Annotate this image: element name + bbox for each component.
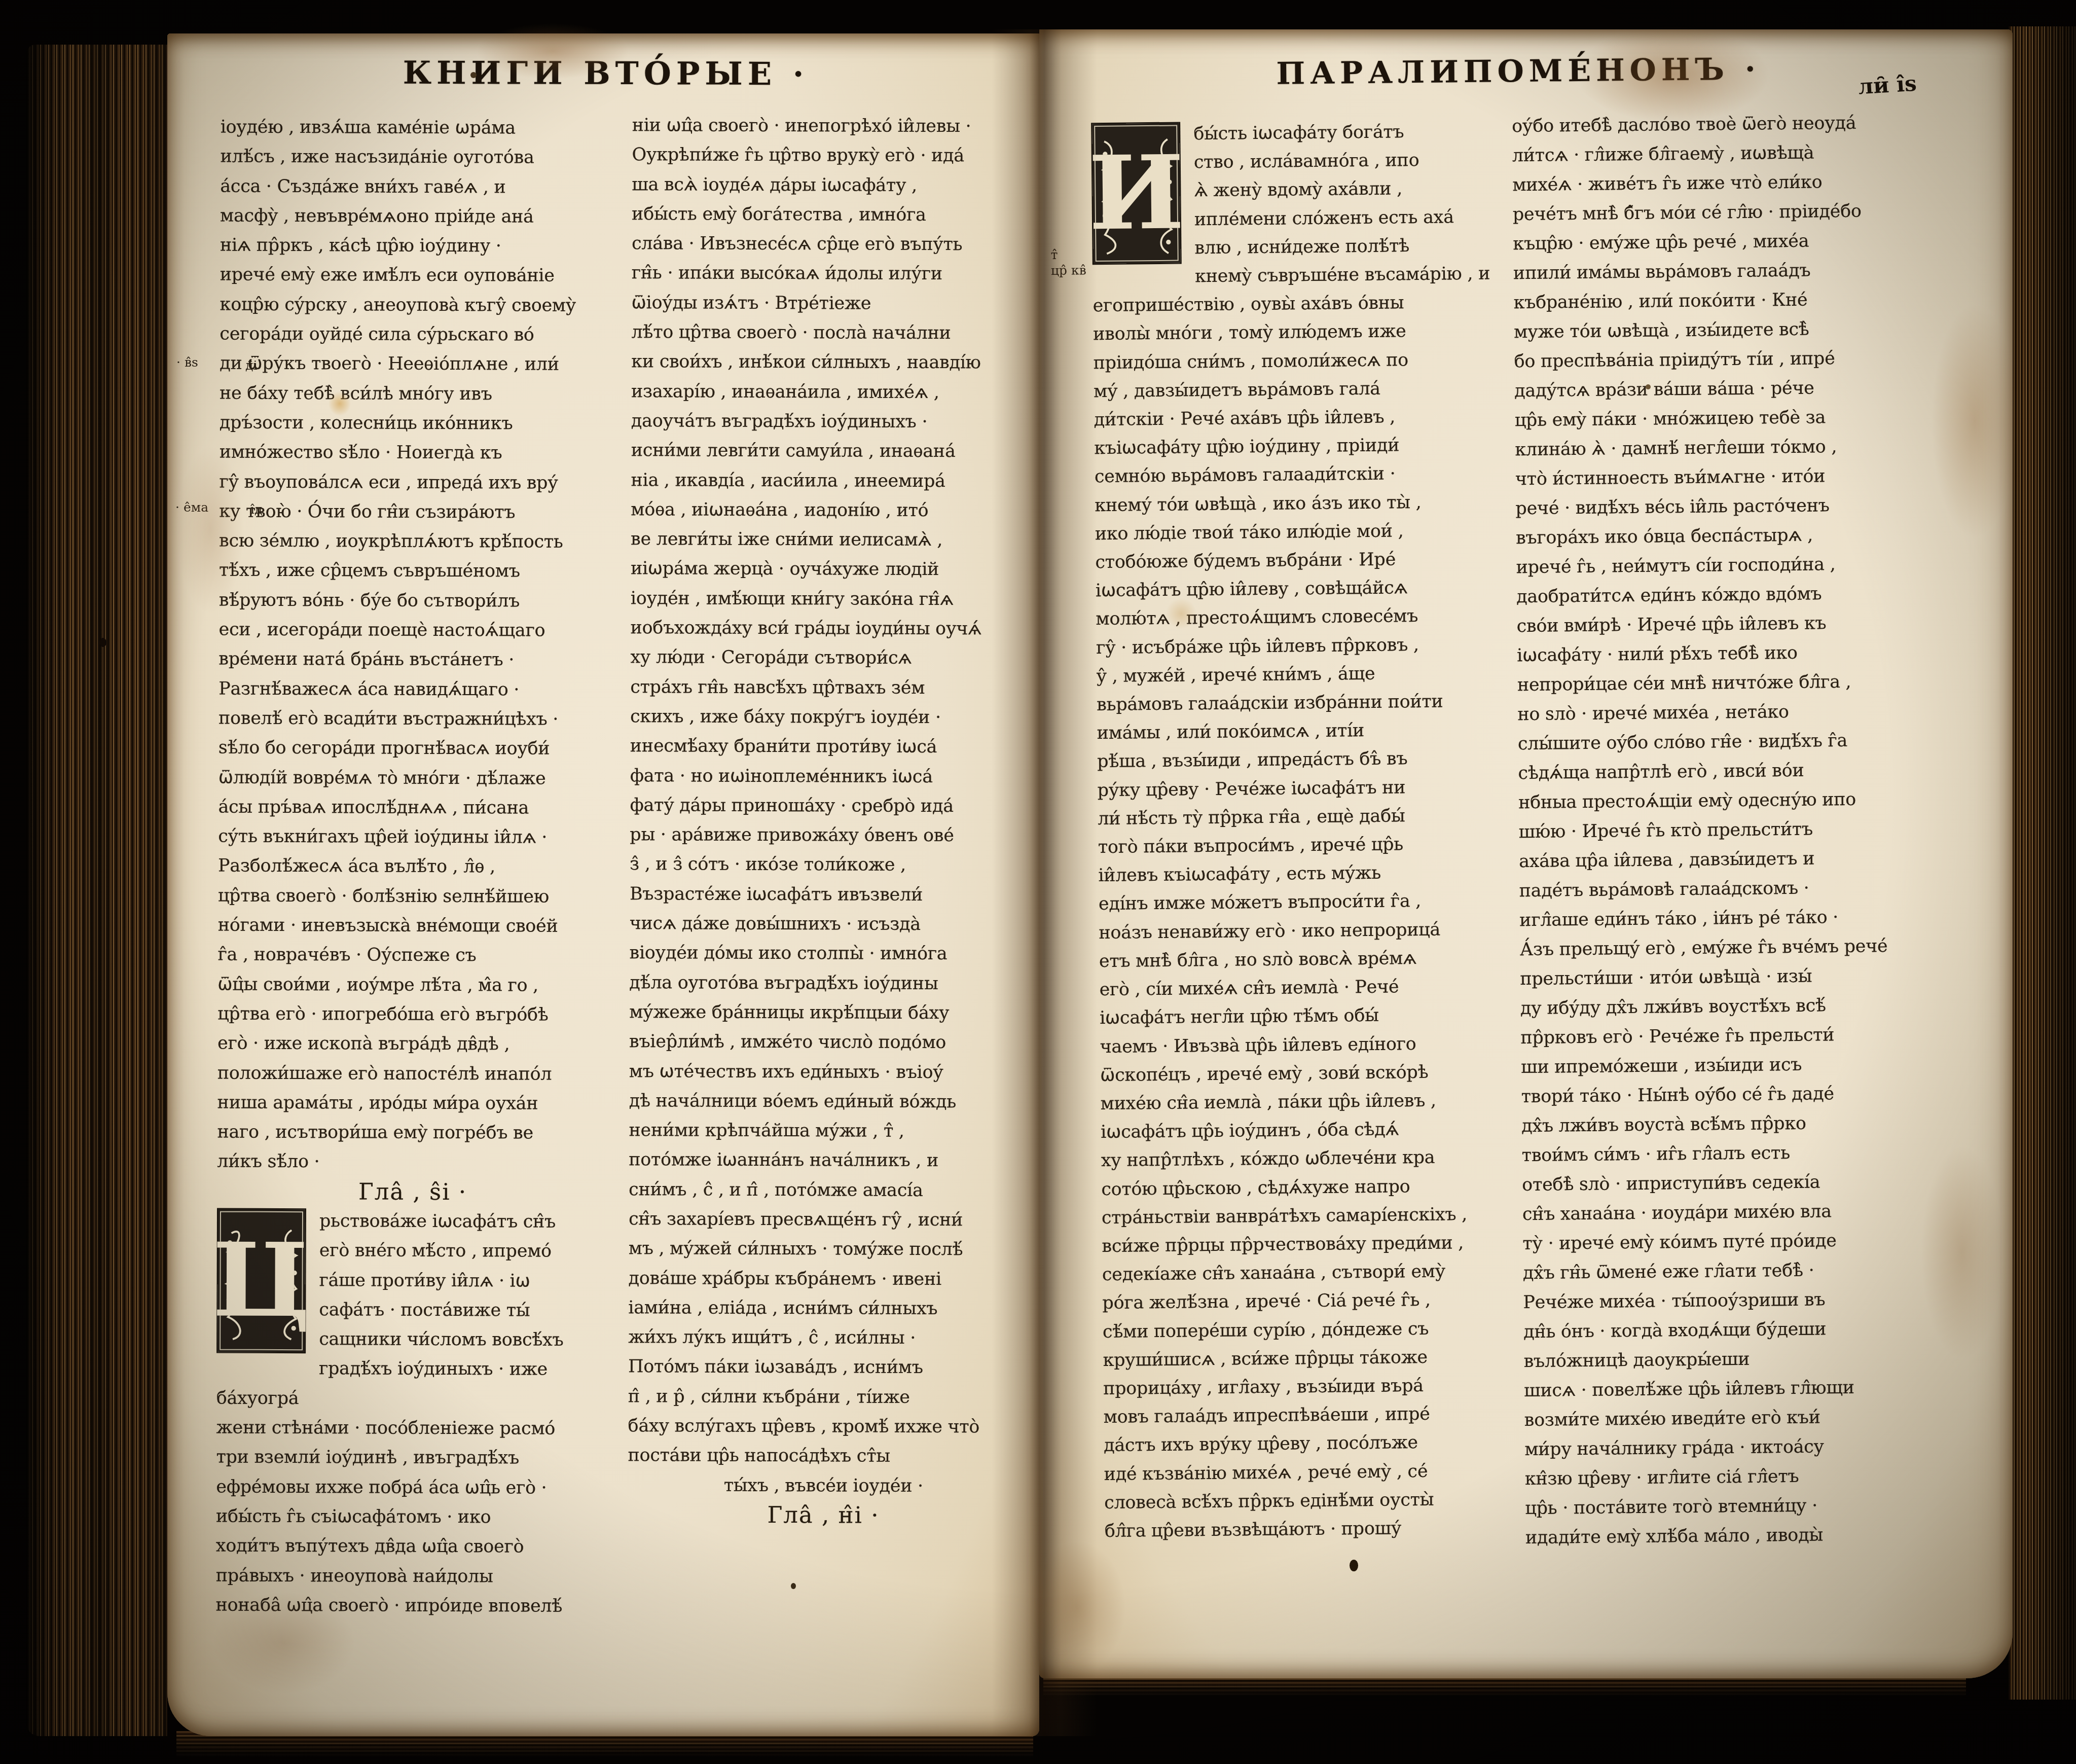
text-line: три вземли́ іоу́динѣ , ивъградѣ́хъ [216, 1443, 607, 1473]
text-line: градѣ́хъ іоу́диныхъ · иже ба́хуогра́ [216, 1354, 608, 1414]
text-line: му́ , давзы́идетъ вьра́мовъ гала́ [1094, 373, 1496, 406]
book-photo: КНИГИ ВТО́РЫЕ · іоуде́ю , ивзѧ́ша каме́н… [0, 0, 2076, 1764]
text-line: михе́ѧ · живе́тъ г̂ь иже что̀ ели́ко [1512, 167, 1913, 200]
text-line: ли́тсѧ · гл̂иже бл̂гаему̀ , иѡвѣща̀ [1512, 137, 1913, 171]
text-line: ку твою̀ · О́чи бо гн̂и съзира́ютъ [219, 496, 610, 527]
text-line: віоуде́и до́мы ико столпы̀ · имно́га [629, 938, 1021, 969]
text-line: исни́ми левги́ти самуи́ла , инаѳана́ [631, 436, 1023, 466]
text-line: ибы́сть ему̀ бога́тества , имно́га [632, 199, 1023, 230]
text-line: ѿскопе́цъ , ирече́ ему̀ , зови́ вско́рѣ [1100, 1057, 1502, 1090]
text-line: цр̂ь · поста́вите того̀ втемни́цу · [1525, 1490, 1926, 1523]
text-line: ди ѿру́къ твоего̀ · Нееѳіо́плѧне , или́ [220, 349, 611, 380]
page-stack-left-edge [26, 45, 167, 1736]
text-line: нени́ми крѣпча́йша му́жи , т̂ , [629, 1115, 1020, 1146]
text-line: слы́шите оу́бо сло́во гн̂е · видѣ́хъ г̂а [1518, 726, 1919, 759]
text-line: повелѣ́ его̀ всади́ти въстражни́цѣхъ · [218, 704, 610, 735]
chapter-heading-18: Гла̂ , н̂і · [628, 1500, 1019, 1531]
text-line: сѣдѧ́ща напр̂тлѣ его̀ , ивси́ во́и [1518, 755, 1919, 788]
text-line: ирече́ ему̀ еже имѣ́лъ еси оупова́ніе [220, 260, 611, 291]
text-line: Разболѣ́жесѧ а́са вълѣ́то , л̂ѳ , [218, 851, 609, 882]
text-line: твори́ та́ко · Ны́нѣ оу́бо се́ г̂ь даде́ [1521, 1078, 1922, 1112]
text-line: кн̂зю цр̂еву · игл̂ите сіа́ гл̂етъ [1525, 1460, 1926, 1494]
text-line: ѿлюді́й вовре́мѧ то̀ мно́ги · дѣ́лаже [218, 763, 610, 794]
text-line: седекі́аже сн̂ъ ханаа́на , сътвори́ ему̀ [1102, 1257, 1504, 1289]
text-line: з̂ , и з̂ со́тъ · ико́зе толи́коже , [630, 850, 1021, 881]
text-line: иволы̀ мно́ги , тому̀ илю́демъ иже [1093, 316, 1495, 349]
text-line: пр̂рковъ его̀ · Рече́же г̂ь прельсти́ [1520, 1020, 1921, 1053]
text-line: рече́тъ мнѣ̀ б̂гъ мо́и се́ гл̂ю · пріиде… [1513, 196, 1914, 230]
margin-note-gloss-2: д̂і [245, 358, 257, 373]
text-line: ходи́тъ въпу́техъ дв̂да ѡц̂а своего̀ [216, 1531, 607, 1562]
text-line: паде́тъ вьра́мовѣ галаа́дскомъ · [1519, 873, 1920, 906]
text-line: михе́ю сн̂а иемла̀ , па́ки цр̂ь іи̂левъ … [1100, 1086, 1502, 1118]
text-column-3: И бы́сть іѡсафа́ту бога́тъство , исла́ва… [1091, 117, 1506, 1546]
text-line: вьра́мовъ галаа́дскіи избра́нни пои́ти [1097, 687, 1499, 719]
text-line: вси́же пр̂рцы пр̂рчествова́ху преди́ми , [1102, 1228, 1504, 1261]
text-line: его̀ · иже ископа̀ въгра́дѣ дв̂дѣ , [217, 1029, 609, 1060]
text-line: стобо́юже бу́демъ въбра́ни · Ире́ [1095, 545, 1497, 577]
right-page-content: ПАРАЛИПОМЕ́НОНЪ · ли̑ і̂ѕ И бы́сть іѡсаф… [1031, 25, 2020, 1683]
text-line: оу́бо итебѣ̀ дасло́во твоѐ ѿего̀ неоуда… [1512, 108, 1913, 141]
text-line: имно́жество ѕѣ́ло · Ноиегда̀ къ [220, 438, 611, 469]
text-line: нонаба̂ ѡц̂а своего̀ · ипро́иде вповелѣ́ [215, 1590, 607, 1621]
text-line: ипили́ има́мы вьра́мовъ галаа́дъ [1513, 255, 1914, 289]
text-line: сѣ́ми попере́ши сурі́ю , до́ндеже съ [1103, 1314, 1505, 1346]
text-line: дн̂ь о́нъ · когда̀ входѧ́щи бу́деши [1523, 1314, 1924, 1347]
text-line: но ѕло̀ · ирече́ михе́а , нета́ко [1517, 696, 1918, 730]
text-line: іами́на , еліа́да , исни́мъ си́лныхъ [628, 1293, 1019, 1324]
text-line: фата · но иѡіноплеме́нникъ іѡса́ [630, 761, 1022, 792]
text-line: мъ ѡте́чествъ ихъ еди́ныхъ · въіоу́ [629, 1057, 1021, 1088]
text-line: поста́ви цр̂ь напоса́дѣхъ ст̂ы [628, 1441, 1019, 1472]
text-line: кнему́ то́и ѡвѣща̀ , ико а́зъ ико ты̀ , [1095, 487, 1497, 520]
text-line: іѡсафа́тъ цр̂ь іоу́динъ , о́ба сѣдѧ́ [1101, 1114, 1503, 1147]
text-line: ико лю́діе твои́ та́ко илю́діе мои́ , [1095, 516, 1497, 548]
text-line: аха́ва цр̂а іи̂лева , давзы́идетъ и [1519, 843, 1920, 877]
text-line: сото́ю цр̂ьскою , сѣдѧ́хуже напро [1101, 1171, 1503, 1204]
text-line: ро́га желѣ́зна , ирече́ · Сіа́ рече́ г̂ь… [1102, 1285, 1504, 1318]
text-line: гу̂ въоупова́лсѧ еси , ипреда́ ихъ вру́ [219, 467, 610, 498]
text-line: шю́ю · Ирече́ г̂ь кто̀ прельсти́тъ [1518, 814, 1919, 847]
column4-text: оу́бо итебѣ̀ дасло́во твоѐ ѿего̀ неоуда… [1512, 108, 1926, 1553]
text-line: ирече́ г̂ь , неи́мутъ сі́и господи́на , [1516, 549, 1917, 583]
page-header-left: КНИГИ ВТО́РЫЕ · [170, 53, 1042, 93]
text-line: сн̂ъ захарі́евъ пресвѧще́нъ гу̂ , исни́ [629, 1204, 1020, 1235]
text-column-4: оу́бо итебѣ̀ дасло́во твоѐ ѿего̀ неоуда… [1512, 108, 1926, 1553]
text-line: всю зе́млю , иоукрѣплѧ́ютъ крѣ́пость [219, 526, 610, 557]
text-line: даду́тсѧ вра́зи ва́ши ва́ша · ре́че [1514, 373, 1915, 406]
text-line: п̂ , и р̂ , си́лни къбра́ни , ті́иже [628, 1382, 1019, 1413]
text-line: ди́тскіи · Рече́ аха́въ цр̂ь іи̂левъ , [1094, 402, 1496, 435]
text-line: ніѧ пр̂ркъ , ка́сѣ цр̂ю іоу́дину · [220, 231, 611, 262]
text-line: мо́ѳа , иіѡнаѳа́на , иадоні́ю , ито́ [631, 495, 1022, 526]
text-line: стра́ньствіи ванвра́тѣхъ самарі́енскіхъ … [1102, 1200, 1504, 1232]
text-line: г̂а , новраче́въ · Оу́спеже съ [217, 940, 609, 971]
text-line: ѿіоу́ды изѧ́тъ · Втре́тіеже [632, 288, 1023, 319]
text-line: молю́тѧ , престоѧ́щимъ словесе́мъ [1096, 601, 1498, 634]
text-line: іѡсафа́тъ цр̂ю іи̂леву , совѣща́йсѧ [1096, 573, 1498, 605]
text-line: етъ мнѣ̀ бл̂га , но ѕло̀ вовсѧ̀ вре́мѧ [1099, 943, 1501, 976]
right-page: ПАРАЛИПОМЕ́НОНЪ · ли̑ і̂ѕ И бы́сть іѡсаф… [1039, 29, 2013, 1678]
page-stack-right-edge [2009, 26, 2076, 1700]
text-line: Рече́же михе́а · ты́пооу́зриши въ [1523, 1284, 1924, 1318]
left-page-content: КНИГИ ВТО́РЫЕ · іоуде́ю , ивзѧ́ша каме́н… [165, 32, 1042, 1737]
initial-letter: Ц [212, 1230, 311, 1332]
text-line: ніа , икавді́а , иаси́ила , инеемира́ [631, 465, 1022, 496]
text-line: Възрасте́же іѡсафа́тъ ивъзвели́ [630, 879, 1021, 910]
text-line: еді́нъ имже мо́жетъ въпроси́ти г̂а , [1099, 886, 1501, 919]
text-line: му́жеже бра́нницы икрѣ́пцыи ба́ху [629, 997, 1021, 1028]
margin-note-gloss-3: · е̂ма [175, 500, 208, 515]
text-line: иде́ къзва́нію михе́ѧ , рече́ ему̀ , се́ [1104, 1456, 1506, 1489]
text-line: сво́и вми́рѣ · Ирече́ цр̂ь іи̂левъ къ [1516, 608, 1917, 641]
text-line: вѣ́руютъ во́нь · бу́е бо сътвори́лъ [219, 585, 610, 616]
text-line: скихъ , иже ба́ху покру́гъ іоуде́и · [630, 702, 1022, 733]
text-line: словеса̀ всѣ́хъ пр̂ркъ едінѣ́ми оусты̀ [1104, 1485, 1506, 1517]
margin-note-cross-reference: т̂ цр̂ кв̂ [1050, 246, 1086, 278]
text-column-2: ніи ѡц̂а своего̀ · инепогрѣхо́ іи̂левы ·… [628, 111, 1024, 1531]
text-line: Оукрѣпи́же г̂ь цр̂тво вруку̀ его̀ · ида́ [632, 140, 1023, 171]
text-line: не ба́ху тебѣ̀ вси́лѣ мно́гу ивъ [220, 378, 611, 409]
text-line: у̂ , муже́й , ирече́ кни́мъ , а́ще [1096, 658, 1498, 691]
text-line: сла́ва · Ивъзнесе́сѧ ср̂це его̀ въпу́ть [632, 229, 1023, 260]
text-line: цр̂ь ему̀ па́ки · мно́жицею тебѐ за [1515, 402, 1916, 436]
text-line: лѣ́то цр̂тва своего̀ · посла̀ нача́лни [631, 317, 1023, 348]
text-line: А́зъ прельщу́ его̀ , ему́же г̂ь вче́мъ р… [1520, 931, 1921, 965]
text-line: сни́мъ , с̂ , и п̂ , пото́мже амасі́а [629, 1175, 1020, 1206]
text-line: дѣ́ла оугото́ва въградѣ́хъ іоу́дины [629, 968, 1021, 999]
text-line: даобрати́тсѧ еди́нъ ко́ждо вдо́мъ [1516, 579, 1917, 612]
text-line: да́стъ ихъ вру́ку цр̂еву , посо́лъже [1104, 1428, 1506, 1460]
text-line: дх̂ъ лжи́въ воуста̀ всѣ́мъ пр̂рко [1521, 1108, 1922, 1141]
text-line: ту̀ · ирече́ ему̀ ко́имъ путе́ про́иде [1522, 1226, 1923, 1259]
text-line: бл̂га цр̂еви възвѣща́ютъ · прошу́ [1105, 1513, 1507, 1545]
text-line: гн̂ь · ипа́ки высо́каѧ и́долы илу́ги [632, 259, 1023, 290]
text-line: кнему̀ съвръше́не въсама́рію , и [1092, 260, 1495, 292]
text-line: ху лю́ди · Сегора́ди сътвори́сѧ [630, 643, 1022, 674]
column2-closing-line: ты́хъ , въвсе́и іоуде́и · [628, 1470, 1019, 1501]
text-line: его̀ , сі́и михе́ѧ сн̂ъ иемла̀ · Рече́ [1099, 972, 1501, 1004]
column1-text-upper: іоуде́ю , ивзѧ́ша каме́ніе ѡра́маилѣ́съ … [217, 113, 612, 1178]
text-line: дх̂ъ гн̂ь ѿмене́ еже гл̂ати тебѣ̀ · [1523, 1255, 1924, 1288]
text-line: того̀ па́ки въпроси́мъ , ирече́ цр̂ь [1098, 830, 1500, 862]
text-line: въіер̂ли́мѣ , имже́то число̀ подо́мо [629, 1027, 1021, 1058]
text-line: коцр̂ю су́рску , анеоупова̀ къгу̂ своему… [220, 290, 611, 320]
text-line: ру́ку цр̂еву · Рече́же іѡсафа́тъ ни [1097, 772, 1499, 805]
text-line: ѕѣ́ло бо сегора́ди прогнѣ́васѧ иоуби́ [218, 733, 610, 764]
text-line: а́сы пръ́ваѧ ипослѣ́днѧѧ , пи́сана [218, 792, 609, 823]
text-line: рѣ́ша , възы́иди , ипреда́стъ бъ̂ въ [1097, 744, 1499, 776]
text-line: круши́шисѧ , вси́же пр̂рцы та́коже [1103, 1342, 1505, 1375]
text-line: ба́ху вслу́гахъ цр̂евъ , кромѣ́ ихже что… [628, 1411, 1019, 1442]
text-line: ефре́мовы ихже побра́ а́са ѡц̂ь его̀ · [216, 1472, 607, 1503]
text-line: семно́ю вьра́мовъ галаади́тскіи · [1095, 459, 1497, 491]
text-line: еси , исегора́ди поещѐ настоѧ́щаго [218, 615, 610, 646]
text-line: клина́ю ѧ̀ · дамнѣ́ негл̂еши то́кмо , [1515, 431, 1916, 465]
text-line: къцр̂ю · ему́же цр̂ь рече́ , михе́а [1513, 226, 1914, 259]
text-line: іоуде́ю , ивзѧ́ша каме́ніе ѡра́ма [221, 113, 612, 143]
text-line: іѡсафа́тъ негл̂и цр̂ю тѣ́мъ обы́ [1100, 1000, 1502, 1033]
text-line: ду ибу́ду дх̂ъ лжи́въ воустѣ́хъ всѣ́ [1520, 990, 1921, 1024]
text-line: отебѣ̀ ѕло̀ · иприступи́въ седекі́а [1522, 1167, 1923, 1200]
text-line: ры · ара́виже привожа́ху о́венъ ове́ [630, 820, 1021, 851]
text-line: сегора́ди оуйде́ сила су́рьскаго во́ [220, 319, 611, 350]
text-line: дова́ше хра́бры къбра́немъ · ивені [628, 1264, 1019, 1294]
text-line: инесмѣ́аху брани́ти проти́ву іѡса́ [630, 731, 1022, 762]
text-line: чаемъ · Ивъзва̀ цр̂ь іи̂левъ еді́ного [1100, 1029, 1502, 1061]
text-line: пра́выхъ · инеоупова̀ наи́долы [216, 1561, 607, 1592]
text-line: ша всѧ̀ іоуде́ѧ да́ры іѡсафа́ту , [632, 170, 1023, 201]
text-line: цр̂тва своего̀ · болѣ́знію ѕелнѣ́йшею [218, 881, 609, 912]
text-line: но́гами · иневъзыска̀ вне́мощи свое́й [218, 911, 609, 942]
text-line: нбныа престоѧ́щіи ему̀ одесну́ю ипо [1518, 784, 1919, 818]
text-line: фату́ да́ры приноша́ху · сребро̀ ида́ [630, 790, 1021, 821]
text-line: иіѡра́ма жерца̀ · оуча́хуже людій [631, 554, 1022, 585]
chapter-heading-17: Гла̂ , ѕ̂і · [217, 1176, 608, 1207]
text-line: ѿц̂ы свои́ми , иоу́мре лѣ́та , м̂а го , [217, 969, 609, 1000]
text-line: иобъхожда́ху вси́ гра́ды іоуди́ны оучѧ́ [631, 613, 1022, 644]
text-line: шисѧ · повелѣ́же цр̂ь іи̂левъ гл̂ющи [1524, 1373, 1925, 1406]
text-line: игл̂аше еди́нъ та́ко , іи́нъ ре́ та́ко · [1519, 902, 1920, 935]
text-line: въло́жницѣ даоукры́еши [1523, 1343, 1924, 1377]
left-page: КНИГИ ВТО́РЫЕ · іоуде́ю , ивзѧ́ша каме́н… [167, 33, 1039, 1736]
text-line: къіѡсафа́ту цр̂ю іоу́дину , пріиди́ [1094, 430, 1496, 463]
text-line: Разгнѣ́важесѧ а́са навидѧ́щаго · [218, 674, 610, 705]
text-line: ли́ нѣ́сть ту̀ пр̂рка гн̂а , ещѐ дабы́ [1098, 801, 1500, 833]
text-line: ноа́зъ ненави́жу его̀ · ико непрорица́ [1099, 915, 1501, 947]
text-line: ніи ѡц̂а своего̀ · инепогрѣхо́ іи̂левы · [632, 111, 1024, 141]
text-line: вре́мени ната́ бра́нь въста́нетъ · [218, 644, 610, 675]
text-line: муже то́и ѡвѣща̀ , изы́идете всѣ̀ [1514, 314, 1915, 347]
text-line: идади́те ему̀ хлѣ́ба ма́ло , иводы̀ [1525, 1519, 1926, 1553]
column3-text: бы́сть іѡсафа́ту бога́тъство , исла́вамн… [1091, 117, 1506, 1546]
text-line: изахарі́ю , инаѳана́ила , имихе́ѧ , [631, 377, 1023, 408]
text-line: ибы́сть г̂ь съіѡсафа́томъ · ико [216, 1502, 607, 1533]
text-line: ли́къ ѕѣ́ло · [217, 1147, 608, 1178]
text-line: мъ , му́жей си́лныхъ · тому́же послѣ́ [629, 1234, 1020, 1265]
margin-note-gloss-4: і̂д [250, 502, 262, 517]
text-line: рече́ · видѣ́хъ ве́сь іи̂ль расто́ченъ [1515, 490, 1916, 524]
text-line: даоуча́тъ въградѣ́хъ іоу́диныхъ · [631, 406, 1023, 437]
text-line: что̀ и́стинноесть въи́мѧгне · ито́и [1515, 461, 1916, 494]
text-line: Пото́мъ па́ки іѡзава́дъ , исни́мъ [628, 1352, 1019, 1383]
text-line: въгора́хъ ико о́вца беспа́стырѧ , [1516, 520, 1917, 553]
text-line: возми́те михе́ю иведи́те его̀ къи́ [1524, 1402, 1925, 1435]
text-line: ниша арама́ты , иро́ды ми́ра оуха́н [217, 1088, 609, 1119]
text-line: а́сса · Създа́же вни́хъ гаве́ѧ , и [220, 171, 611, 202]
text-line: тѣ́хъ , иже ср̂цемъ съвръше́номъ [219, 556, 610, 587]
text-line: су́ть въкни́гахъ цр̂ей іоу́дины іи̂лѧ · [218, 822, 609, 853]
drop-cap-initial-ts: Ц [217, 1209, 305, 1353]
text-line: цр̂тва его̀ · ипогребо́ша его̀ въгро́бѣ [217, 999, 609, 1030]
text-line: гу̂ · исъбра́же цр̂ь іи̂левъ пр̂рковъ , [1096, 630, 1498, 662]
text-line: твои́мъ си́мъ · иг̂ь гл̂алъ есть [1521, 1137, 1922, 1171]
text-line: прельсти́ши · ито́и ѡвѣща̀ · изы́ [1520, 961, 1921, 994]
text-line: непрори́цае се́и мнѣ̀ ничто́же бл̂га , [1517, 667, 1918, 700]
text-line: има́мы , или́ поко́имсѧ , иті́и [1097, 715, 1499, 748]
text-line: іѡсафа́ту · нили́ рѣ́хъ тебѣ̀ ико [1517, 637, 1918, 671]
text-line: мовъ галаа́дъ ипреспѣва́еши , ипре́ [1103, 1399, 1505, 1432]
text-line: дръ́зости , колесни́ць ико́нникъ [220, 408, 611, 439]
drop-cap-initial-i: И [1092, 123, 1181, 264]
text-line: дѣ нача́лници во́емъ еди́ный во́ждь [629, 1086, 1021, 1117]
text-line: жени стѣна́ми · посо́бленіеже расмо́ [216, 1413, 608, 1444]
text-line: илѣ́съ , иже насъзида́ніе оугото́ва [220, 142, 611, 173]
text-line: наго , исътвори́ша ему̀ погре́бъ ве [217, 1118, 608, 1148]
text-line: жи́хъ лу́къ ищи́тъ , с̂ , иси́лны · [628, 1322, 1019, 1353]
text-line: сн̂ъ ханаа́на · иоуда́ри михе́ю вла [1522, 1196, 1923, 1230]
text-line: іоуде́н , имѣ́ющи кни́гу зако́на гн̂ѧ [631, 584, 1022, 615]
margin-note-gloss-1: · в̂ѕ [176, 355, 198, 370]
text-line: ки свои́хъ , инѣ́кои си́лныхъ , наавді́ю [631, 347, 1023, 378]
column2-text: ніи ѡц̂а своего̀ · инепогрѣхо́ іи̂левы ·… [628, 111, 1023, 1471]
text-line: ми́ру нача́лнику гра́да · иктоа́су [1524, 1431, 1925, 1464]
text-line: пріидо́ша сни́мъ , помоли́жесѧ по [1093, 345, 1495, 377]
text-line: положи́шаже его̀ напосте́лѣ инапо́л [217, 1058, 609, 1089]
text-line: масфу̀ , невъвре́мѧоно пріи́де ана́ [220, 201, 611, 232]
folio-number: ли̑ і̂ѕ [1858, 71, 1917, 99]
text-line: прорица́ху , игл̂аху , възы́иди въра́ [1103, 1371, 1505, 1403]
text-line: ши ипремо́жеши , изы́иди исъ [1521, 1049, 1922, 1083]
text-line: къбране́нію , или́ поко́ити · Кне́ [1513, 284, 1914, 318]
text-line: стра́хъ гн̂ь навсѣ́хъ цр̂твахъ зе́м [630, 672, 1022, 703]
text-line: ве левги́ты іже сни́ми иелисамѧ̀ , [631, 524, 1022, 555]
text-line: ху напр̂тлѣхъ , ко́ждо ѡблече́ни кра [1101, 1143, 1503, 1175]
text-column-1: іоуде́ю , ивзѧ́ша каме́ніе ѡра́маилѣ́съ … [215, 113, 611, 1622]
initial-letter: И [1088, 142, 1185, 244]
text-line: чисѧ да́же довы́шнихъ · исъзда̀ [630, 909, 1021, 940]
text-line: пото́мже іѡанна́нъ нача́лникъ , и [629, 1145, 1020, 1176]
text-line: бо преспѣва́ніа пріиду́тъ ті́и , ипре́ [1514, 343, 1915, 377]
text-line: іи̂левъ къіѡсафа́ту , есть му́жь [1098, 858, 1500, 890]
text-line: егоприше́ствію , оувы̀ аха́въ о́вны [1092, 288, 1495, 320]
